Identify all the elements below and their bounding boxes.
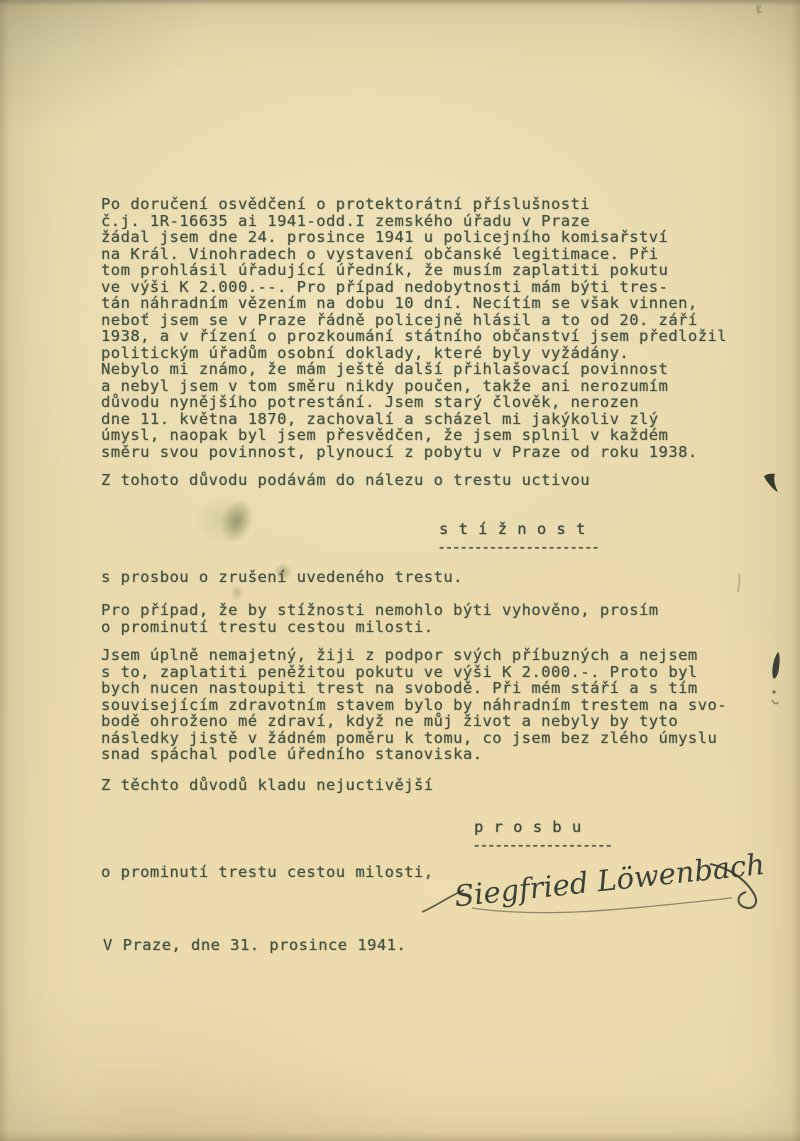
signature-flourish: Siegfried Löwenbach — [412, 840, 772, 935]
faint-pencil-mark — [733, 572, 745, 594]
scanned-letter-page: Po doručení osvědčení o protektorátní př… — [0, 0, 800, 1141]
ink-stain — [203, 486, 268, 562]
ink-check-mark — [760, 470, 786, 498]
heading-complaint: s t í ž n o s t — [439, 521, 586, 538]
paragraph-poverty: Jsem úplně nemajetný, žiji z podpor svýc… — [101, 647, 727, 763]
paragraph-intro: Po doručení osvědčení o protektorátní př… — [101, 196, 727, 460]
paragraph-reason: Z tohoto důvodu podávám do nálezu o tres… — [101, 472, 590, 489]
signature: Siegfried Löwenbach — [412, 840, 772, 935]
paragraph-alternative: Pro případ, že by stížnosti nemohlo býti… — [101, 602, 659, 635]
paragraph-request: s prosbou o zrušení uvedeného trestu. — [101, 569, 463, 586]
paragraph-final: o prominutí trestu cestou milosti, — [101, 864, 434, 881]
paper-smudge — [178, 480, 268, 560]
heading-plea: p r o s b u — [474, 819, 582, 836]
paragraph-conclusion: Z těchto důvodů kladu nejuctivější — [101, 777, 434, 794]
ink-stroke-mark — [764, 648, 786, 710]
pencil-mark-top-right — [748, 2, 772, 22]
heading-complaint-underline: ---------------------- — [437, 538, 598, 556]
signature-name-text: Siegfried Löwenbach — [453, 847, 767, 913]
date-line: V Praze, dne 31. prosince 1941. — [103, 937, 406, 954]
